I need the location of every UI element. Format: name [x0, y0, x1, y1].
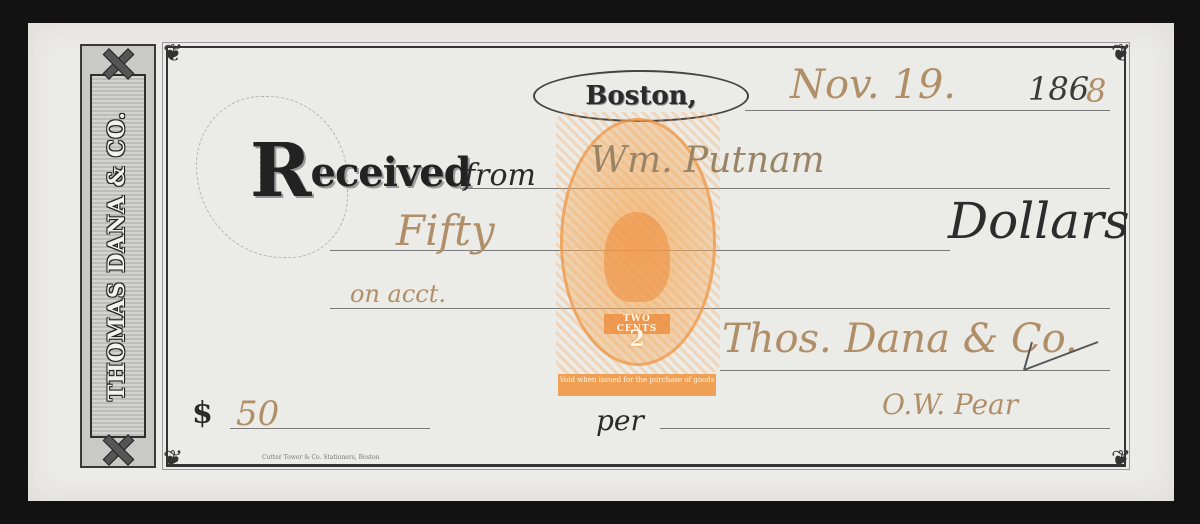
corner-ornament-icon: ❦ — [160, 40, 186, 66]
ornament-cross-icon — [102, 48, 132, 78]
stamp-figure: 2 — [604, 326, 670, 352]
amount-words: Fifty — [396, 206, 495, 255]
corner-ornament-icon: ❦ — [160, 446, 186, 472]
received-rest: eceived — [311, 149, 471, 196]
date-month-day: Nov. 19. — [790, 62, 956, 108]
corner-ornament-icon: ❦ — [1108, 40, 1134, 66]
received-heading: Received — [250, 118, 471, 204]
amount-figure: 50 — [236, 394, 279, 434]
stamp-portrait-icon — [604, 212, 670, 302]
check-mark-icon — [1020, 336, 1100, 376]
purpose-line — [330, 308, 1110, 309]
per-line — [660, 428, 1110, 429]
stamp-notice: Void when issued for the purchase of goo… — [558, 374, 716, 396]
company-name: THOMAS DANA & CO. — [104, 111, 130, 401]
ornament-cross-icon — [102, 434, 132, 464]
date-line — [745, 110, 1110, 111]
received-initial: R — [250, 128, 311, 214]
printer-imprint: Cutter Tower & Co. Stationers, Boston — [262, 454, 380, 461]
corner-ornament-icon: ❦ — [1108, 446, 1134, 472]
from-label: from — [464, 158, 536, 193]
dollars-label: Dollars — [948, 192, 1130, 250]
payer-name: Wm. Putnam — [590, 140, 825, 181]
per-label: per — [596, 404, 644, 437]
countersignature: O.W. Pear — [882, 388, 1018, 421]
date-year-digit: 8 — [1086, 72, 1106, 110]
date-year-printed: 186 — [1028, 70, 1089, 108]
bottom-rule — [166, 464, 1126, 467]
dollar-sign-icon: $ — [192, 396, 213, 431]
purpose-text: on acct. — [350, 280, 446, 308]
